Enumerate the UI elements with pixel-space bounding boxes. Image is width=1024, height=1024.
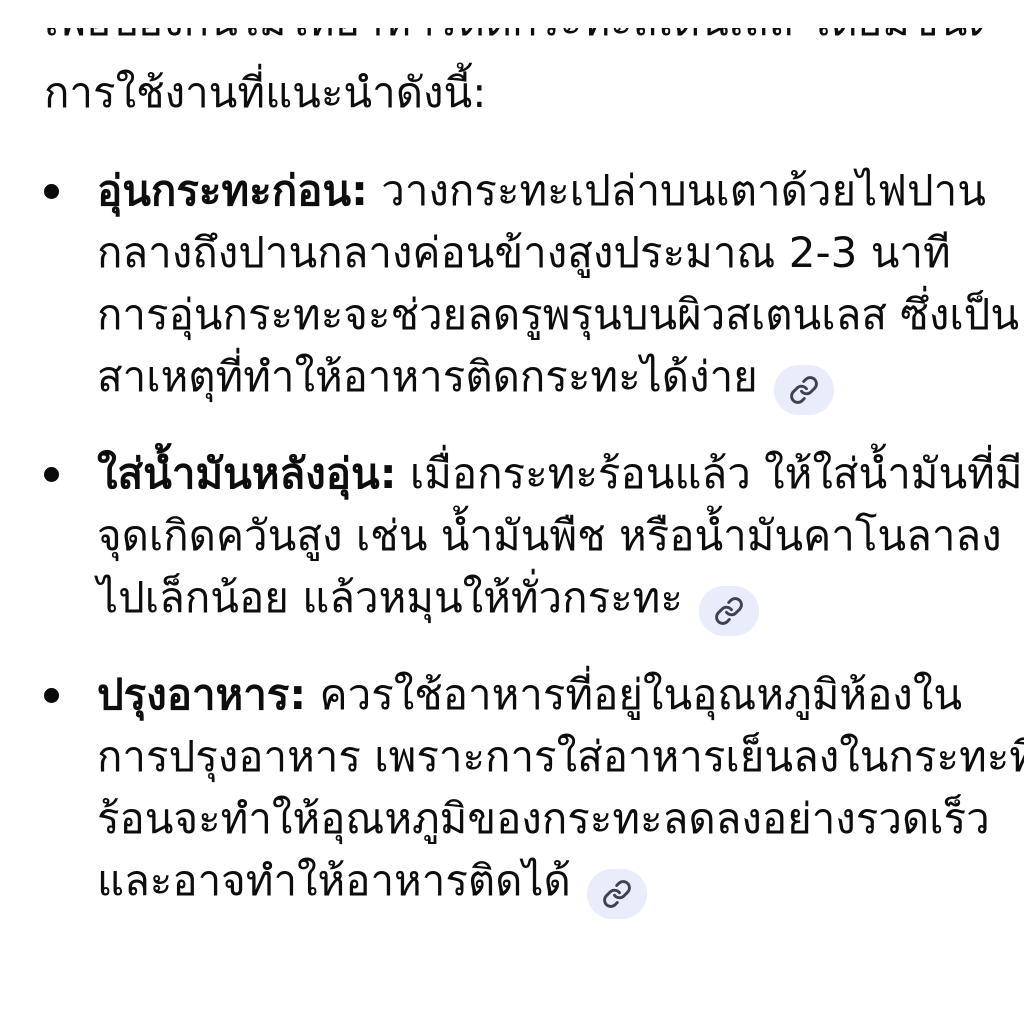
item-lead: ใส่น้ำมันหลังอุ่น: xyxy=(97,449,397,498)
item-text: ปรุงอาหาร: ควรใช้อาหารที่อยู่ในอุณหภูมิห… xyxy=(97,664,984,919)
bullet-dot xyxy=(44,467,59,482)
item-line: อุ่นกระทะก่อน: วางกระทะเปล่าบนเตาด้วยไฟป… xyxy=(97,160,984,222)
citation-link-button[interactable] xyxy=(774,365,834,415)
item-line: การปรุงอาหาร เพราะการใส่อาหารเย็นลงในกระ… xyxy=(97,726,984,788)
truncated-text: เพื่อป้องกันไม่ให้อาหารติดกระทะสเตนเลส โ… xyxy=(44,28,984,52)
item-line: จุดเกิดควันสูง เช่น น้ำมันพืช หรือน้ำมัน… xyxy=(97,505,984,567)
intro-line: การใช้งานที่แนะนำดังนี้: xyxy=(44,62,984,124)
item-line: กลางถึงปานกลางค่อนข้างสูงประมาณ 2-3 นาที xyxy=(97,222,984,284)
tips-list: อุ่นกระทะก่อน: วางกระทะเปล่าบนเตาด้วยไฟป… xyxy=(44,160,984,919)
truncated-text-line: เพื่อป้องกันไม่ให้อาหารติดกระทะสเตนเลส โ… xyxy=(44,28,984,52)
document-body: เพื่อป้องกันไม่ให้อาหารติดกระทะสเตนเลส โ… xyxy=(0,0,1024,919)
link-icon xyxy=(602,879,632,909)
bullet-dot xyxy=(44,184,59,199)
list-item: ใส่น้ำมันหลังอุ่น: เมื่อกระทะร้อนแล้ว ให… xyxy=(44,443,984,636)
list-item: อุ่นกระทะก่อน: วางกระทะเปล่าบนเตาด้วยไฟป… xyxy=(44,160,984,415)
item-text: อุ่นกระทะก่อน: วางกระทะเปล่าบนเตาด้วยไฟป… xyxy=(97,160,984,415)
citation-link-button[interactable] xyxy=(587,869,647,919)
citation-link-button[interactable] xyxy=(699,586,759,636)
bullet-dot xyxy=(44,688,59,703)
item-line: ปรุงอาหาร: ควรใช้อาหารที่อยู่ในอุณหภูมิห… xyxy=(97,664,984,726)
item-line: ร้อนจะทำให้อุณหภูมิของกระทะลดลงอย่างรวดเ… xyxy=(97,788,984,850)
item-line: การอุ่นกระทะจะช่วยลดรูพรุนบนผิวสเตนเลส ซ… xyxy=(97,284,984,346)
item-line: ไปเล็กน้อย แล้วหมุนให้ทั่วกระทะ xyxy=(97,567,984,636)
list-item: ปรุงอาหาร: ควรใช้อาหารที่อยู่ในอุณหภูมิห… xyxy=(44,664,984,919)
link-icon xyxy=(789,375,819,405)
item-text: ใส่น้ำมันหลังอุ่น: เมื่อกระทะร้อนแล้ว ให… xyxy=(97,443,984,636)
item-line: และอาจทำให้อาหารติดได้ xyxy=(97,850,984,919)
item-line: ใส่น้ำมันหลังอุ่น: เมื่อกระทะร้อนแล้ว ให… xyxy=(97,443,984,505)
item-lead: ปรุงอาหาร: xyxy=(97,670,306,719)
item-line: สาเหตุที่ทำให้อาหารติดกระทะได้ง่าย xyxy=(97,346,984,415)
link-icon xyxy=(714,596,744,626)
item-lead: อุ่นกระทะก่อน: xyxy=(97,166,368,215)
